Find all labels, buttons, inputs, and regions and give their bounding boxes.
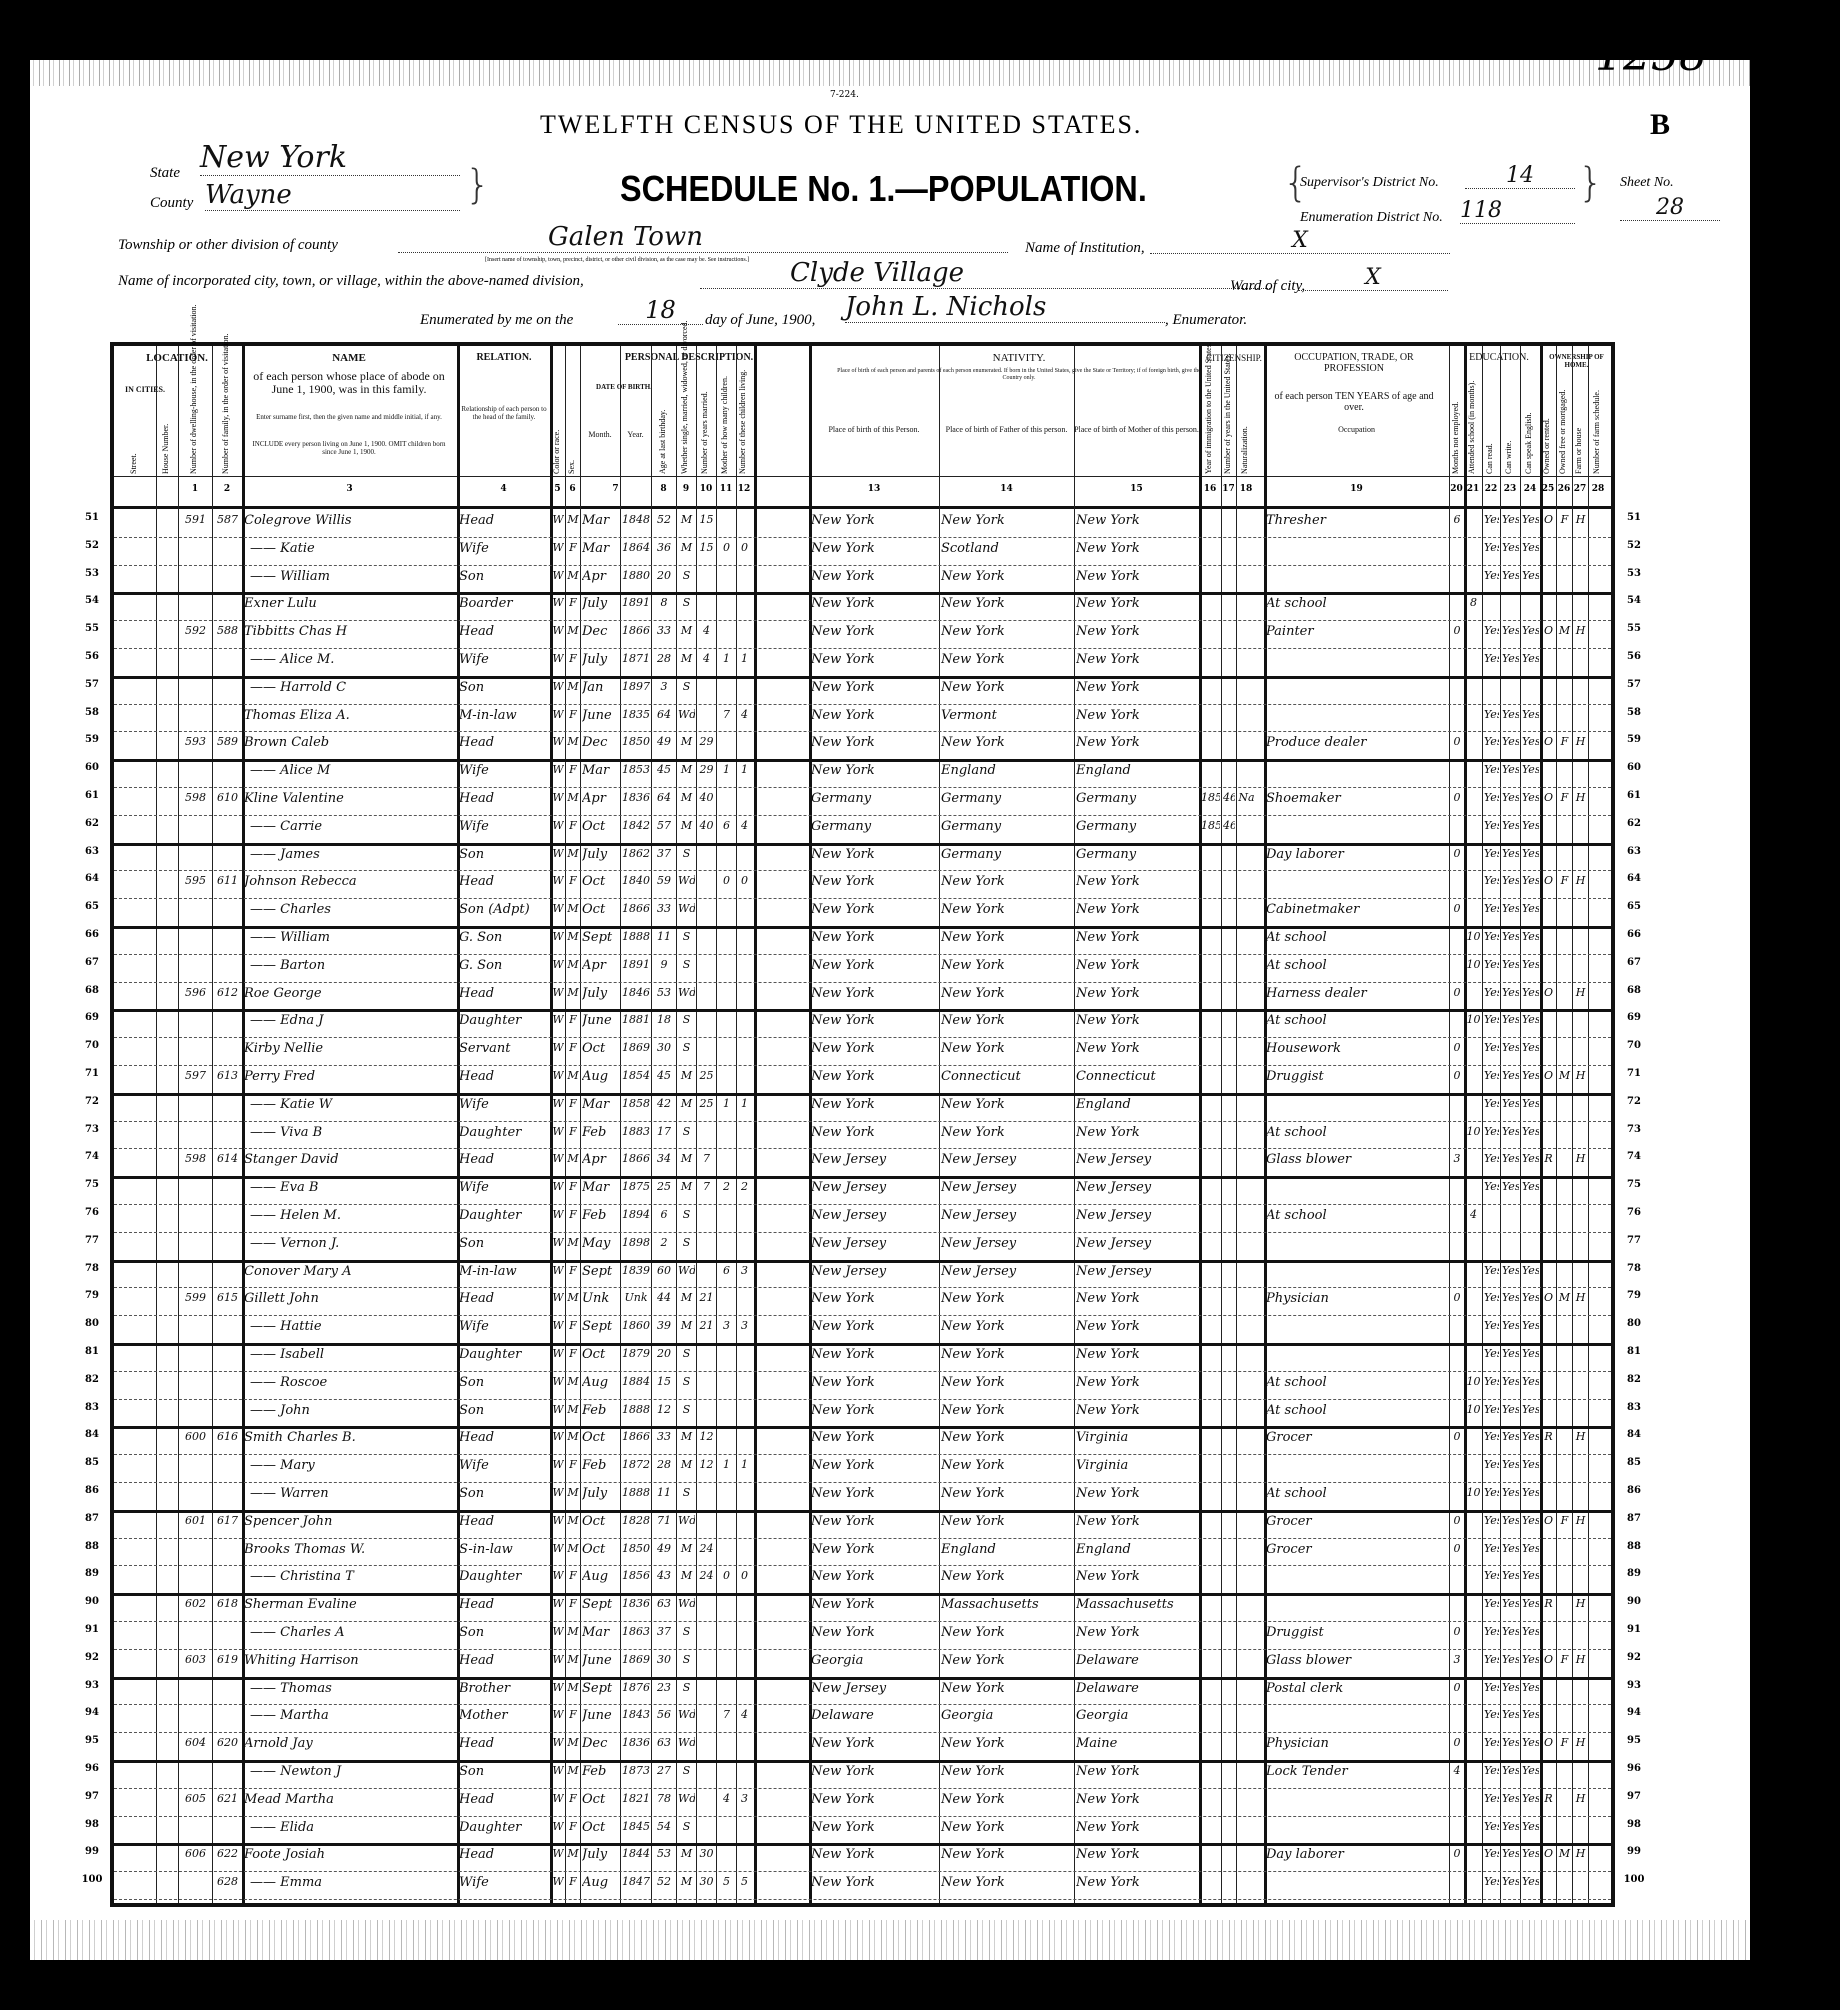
line-number: 92 <box>78 1652 106 1663</box>
cell-years-married: 4 <box>698 624 715 637</box>
column-header-year: Year. <box>620 431 651 440</box>
cell-can-read: Yes <box>1484 1597 1499 1610</box>
cell-year: 1872 <box>622 1458 650 1471</box>
cell-marital: M <box>678 1458 695 1471</box>
cell-name: —— Charles A <box>244 1625 462 1640</box>
cell-owned-rented: O <box>1542 1069 1555 1082</box>
cell-can-write: Yes <box>1502 1319 1519 1332</box>
column-header-dwelling: Number of dwelling-house, in the order o… <box>189 386 198 474</box>
cell-age: 20 <box>653 569 675 582</box>
cell-mother-of: 0 <box>718 1569 735 1582</box>
cell-color: W <box>552 1792 564 1805</box>
state-label: State <box>150 165 180 182</box>
cell-occupation: Postal clerk <box>1266 1681 1448 1696</box>
cell-age: 64 <box>653 791 675 804</box>
supervisor-label: Supervisor's District No. <box>1300 175 1439 191</box>
line-number: 88 <box>78 1541 106 1552</box>
cell-marital: M <box>678 791 695 804</box>
cell-year: 1836 <box>622 1597 650 1610</box>
cell-family: 613 <box>214 1069 241 1082</box>
cell-color: W <box>552 1597 564 1610</box>
cell-color: W <box>552 874 564 887</box>
cell-can-speak-english: Yes <box>1522 1180 1539 1193</box>
cell-owned-rented: O <box>1542 1847 1555 1860</box>
cell-father-birthplace: Scotland <box>941 541 1073 556</box>
cell-birthplace: New Jersey <box>811 1208 938 1223</box>
cell-sex: M <box>567 791 579 804</box>
cell-can-read: Yes <box>1484 1264 1499 1277</box>
cell-attended-school: 10 <box>1466 1013 1481 1026</box>
table-row: 595611Johnson RebeccaHeadWFOct184059Wd00… <box>114 870 1611 899</box>
cell-free-mortgaged: F <box>1558 513 1571 526</box>
cell-color: W <box>552 624 564 637</box>
cell-name: —— Vernon J. <box>244 1236 462 1251</box>
table-row: —— WilliamG. SonWMSept188811SNew YorkNew… <box>114 926 1611 955</box>
cell-can-speak-english: Yes <box>1522 708 1539 721</box>
cell-years-in-us: 46 <box>1223 791 1235 804</box>
line-number: 53 <box>78 568 106 579</box>
cell-name: —— Alice M. <box>244 652 462 667</box>
occupation-desc: of each person TEN YEARS of age and over… <box>1274 391 1434 413</box>
cell-year: 1894 <box>622 1208 650 1221</box>
cell-occupation: At school <box>1266 1375 1448 1390</box>
cell-name: Johnson Rebecca <box>244 874 456 889</box>
column-header-family: Number of family, in the order of visita… <box>221 386 230 474</box>
table-row: —— Helen M.DaughterWFFeb18946SNew Jersey… <box>114 1204 1611 1233</box>
cell-year: 1860 <box>622 1319 650 1332</box>
cell-name: —— William <box>244 930 462 945</box>
line-number: 98 <box>1620 1819 1648 1830</box>
cell-relation: Son <box>459 1403 549 1418</box>
cell-name: —— Viva B <box>244 1125 462 1140</box>
cell-can-write: Yes <box>1502 791 1519 804</box>
cell-year: 1879 <box>622 1347 650 1360</box>
cell-mother-birthplace: Germany <box>1076 791 1198 806</box>
cell-sex: F <box>567 708 579 721</box>
cell-name: —— Martha <box>244 1708 462 1723</box>
cell-father-birthplace: New Jersey <box>941 1180 1073 1195</box>
cell-sex: F <box>567 1597 579 1610</box>
group-ownership: OWNERSHIP OF HOME. <box>1539 354 1614 369</box>
cell-sex: M <box>567 624 579 637</box>
cell-father-birthplace: New York <box>941 902 1073 917</box>
cell-can-speak-english: Yes <box>1522 986 1539 999</box>
cell-relation: Son <box>459 1236 549 1251</box>
cell-mother-of: 7 <box>718 708 735 721</box>
cell-year: 1881 <box>622 1013 650 1026</box>
cell-name: —— Elida <box>244 1820 462 1835</box>
line-number: 91 <box>78 1624 106 1635</box>
column-header-color: Color or race. <box>552 386 561 474</box>
cell-relation: Servant <box>459 1041 549 1056</box>
cell-owned-rented: O <box>1542 1514 1555 1527</box>
cell-can-read: Yes <box>1484 1625 1499 1638</box>
cell-years-married: 25 <box>698 1097 715 1110</box>
cell-mother-birthplace: New York <box>1076 902 1198 917</box>
group-education: EDUCATION. <box>1454 352 1544 363</box>
cell-name: —— Katie W <box>244 1097 462 1112</box>
cell-farm-house: H <box>1574 1847 1587 1860</box>
cell-marital: M <box>678 1180 695 1193</box>
cell-mother-birthplace: New York <box>1076 986 1198 1001</box>
cell-age: 2 <box>653 1236 675 1249</box>
cell-year: 1866 <box>622 1152 650 1165</box>
cell-mother-birthplace: New Jersey <box>1076 1208 1198 1223</box>
cell-years-married: 7 <box>698 1180 715 1193</box>
cell-month: May <box>582 1236 619 1251</box>
cell-occupation: Grocer <box>1266 1514 1448 1529</box>
cell-marital: M <box>678 1430 695 1443</box>
name-note2: INCLUDE every person living on June 1, 1… <box>249 441 449 456</box>
cell-can-speak-english: Yes <box>1522 930 1539 943</box>
cell-birthplace: Germany <box>811 819 938 834</box>
cell-can-read: Yes <box>1484 513 1499 526</box>
table-row: Kirby NellieServantWFOct186930SNew YorkN… <box>114 1037 1611 1066</box>
cell-father-birthplace: New York <box>941 1653 1073 1668</box>
cell-months-unemployed: 0 <box>1451 1625 1463 1638</box>
cell-mother-birthplace: England <box>1076 763 1198 778</box>
cell-mother-birthplace: New York <box>1076 1847 1198 1862</box>
cell-birthplace: New York <box>811 1403 938 1418</box>
cell-can-write: Yes <box>1502 1291 1519 1304</box>
cell-months-unemployed: 0 <box>1451 1291 1463 1304</box>
cell-year: 1844 <box>622 1847 650 1860</box>
cell-mother-birthplace: New York <box>1076 1291 1198 1306</box>
table-row: 591587Colegrove WillisHeadWMMar184852M15… <box>114 509 1611 538</box>
cell-mother-birthplace: New Jersey <box>1076 1264 1198 1279</box>
corner-stamp-letter: B <box>1650 108 1670 142</box>
cell-marital: M <box>678 763 695 776</box>
table-row: —— Harrold CSonWMJan18973SNew YorkNew Yo… <box>114 676 1611 705</box>
cell-month: Oct <box>582 1347 619 1362</box>
cell-relation: Head <box>459 1597 549 1612</box>
cell-age: 9 <box>653 958 675 971</box>
cell-sex: M <box>567 1847 579 1860</box>
table-row: Thomas Eliza A.M-in-lawWFJune183564Wd74N… <box>114 704 1611 733</box>
cell-year: 1856 <box>622 1569 650 1582</box>
cell-marital: S <box>678 930 695 943</box>
cell-mother-birthplace: Connecticut <box>1076 1069 1198 1084</box>
cell-farm-house: H <box>1574 1597 1587 1610</box>
cell-occupation: Physician <box>1266 1291 1448 1306</box>
line-number: 80 <box>78 1318 106 1329</box>
column-number-25: 25 <box>1540 484 1556 494</box>
line-number: 53 <box>1620 568 1648 579</box>
cell-mother-birthplace: New York <box>1076 1347 1198 1362</box>
cell-children-living: 1 <box>738 1097 751 1110</box>
cell-can-speak-english: Yes <box>1522 1764 1539 1777</box>
cell-father-birthplace: New York <box>941 1820 1073 1835</box>
cell-color: W <box>552 1013 564 1026</box>
cell-can-speak-english: Yes <box>1522 819 1539 832</box>
table-row: —— JamesSonWMJuly186237SNew YorkGermanyG… <box>114 843 1611 872</box>
corner-stamp-number: 1258 <box>1595 30 1707 81</box>
cell-father-birthplace: New Jersey <box>941 1264 1073 1279</box>
cell-can-read: Yes <box>1484 1097 1499 1110</box>
cell-owned-rented: O <box>1542 1736 1555 1749</box>
column-number-24: 24 <box>1520 484 1540 494</box>
cell-mother-of: 0 <box>718 874 735 887</box>
cell-family: 617 <box>214 1514 241 1527</box>
cell-year: 1866 <box>622 624 650 637</box>
cell-year: 1850 <box>622 1542 650 1555</box>
cell-can-read: Yes <box>1484 1180 1499 1193</box>
cell-sex: M <box>567 680 579 693</box>
line-number: 89 <box>1620 1568 1648 1579</box>
cell-sex: M <box>567 1736 579 1749</box>
cell-year: 1873 <box>622 1764 650 1777</box>
line-number: 65 <box>78 901 106 912</box>
cell-age: 33 <box>653 624 675 637</box>
cell-dwelling: 599 <box>180 1291 211 1304</box>
cell-marital: S <box>678 569 695 582</box>
cell-year: 1888 <box>622 1403 650 1416</box>
cell-birthplace: New York <box>811 1597 938 1612</box>
cell-color: W <box>552 930 564 943</box>
cell-relation: Head <box>459 1069 549 1084</box>
cell-mother-of: 2 <box>718 1180 735 1193</box>
cell-father-birthplace: New York <box>941 1569 1073 1584</box>
cell-birthplace: Germany <box>811 791 938 806</box>
cell-dwelling: 601 <box>180 1514 211 1527</box>
column-number-9: 9 <box>676 484 696 494</box>
cell-father-birthplace: Germany <box>941 791 1073 806</box>
line-number: 64 <box>1620 873 1648 884</box>
cell-attended-school: 8 <box>1466 596 1481 609</box>
cell-age: 30 <box>653 1041 675 1054</box>
cell-owned-rented: O <box>1542 624 1555 637</box>
cell-father-birthplace: New York <box>941 1041 1073 1056</box>
table-row: —— IsabellDaughterWFOct187920SNew YorkNe… <box>114 1343 1611 1372</box>
column-header-birthplace: Place of birth of this Person. <box>809 426 939 435</box>
cell-father-birthplace: New York <box>941 596 1073 611</box>
cell-color: W <box>552 763 564 776</box>
line-number: 94 <box>1620 1707 1648 1718</box>
cell-can-speak-english: Yes <box>1522 624 1539 637</box>
cell-year: 1869 <box>622 1041 650 1054</box>
cell-sex: F <box>567 1097 579 1110</box>
cell-marital: M <box>678 1542 695 1555</box>
nativity-desc: Place of birth of each person and parent… <box>834 368 1204 381</box>
cell-father-birthplace: New York <box>941 1458 1073 1473</box>
cell-age: 36 <box>653 541 675 554</box>
cell-marital: S <box>678 1041 695 1054</box>
cell-month: July <box>582 1847 619 1862</box>
cell-mother-of: 1 <box>718 652 735 665</box>
cell-relation: Son <box>459 680 549 695</box>
column-header-house: House Number. <box>161 386 170 474</box>
cell-can-read: Yes <box>1484 1681 1499 1694</box>
cell-mother-birthplace: New York <box>1076 874 1198 889</box>
cell-color: W <box>552 735 564 748</box>
cell-color: W <box>552 1180 564 1193</box>
line-number: 55 <box>78 623 106 634</box>
cell-family: 620 <box>214 1736 241 1749</box>
cell-father-birthplace: New York <box>941 1875 1073 1890</box>
cell-father-birthplace: New York <box>941 1625 1073 1640</box>
cell-can-speak-english: Yes <box>1522 1708 1539 1721</box>
cell-sex: M <box>567 513 579 526</box>
cell-birthplace: New York <box>811 1764 938 1779</box>
cell-farm-house: H <box>1574 1653 1587 1666</box>
cell-occupation: At school <box>1266 1403 1448 1418</box>
cell-relation: Mother <box>459 1708 549 1723</box>
cell-years-married: 29 <box>698 735 715 748</box>
cell-mother-birthplace: New Jersey <box>1076 1152 1198 1167</box>
cell-occupation: Druggist <box>1266 1069 1448 1084</box>
cell-months-unemployed: 0 <box>1451 1430 1463 1443</box>
cell-year: 1843 <box>622 1708 650 1721</box>
cell-dwelling: 593 <box>180 735 211 748</box>
cell-occupation: Lock Tender <box>1266 1764 1448 1779</box>
cell-age: 56 <box>653 1708 675 1721</box>
line-number: 84 <box>1620 1429 1648 1440</box>
cell-father-birthplace: New York <box>941 569 1073 584</box>
cell-family: 589 <box>214 735 241 748</box>
cell-color: W <box>552 1319 564 1332</box>
cell-mother-birthplace: New York <box>1076 513 1198 528</box>
cell-can-write: Yes <box>1502 1097 1519 1110</box>
table-row: —— Alice M.WifeWFJuly187128M411New YorkN… <box>114 648 1611 679</box>
cell-marital: S <box>678 1653 695 1666</box>
line-number: 96 <box>78 1763 106 1774</box>
cell-sex: M <box>567 1486 579 1499</box>
line-number: 77 <box>1620 1235 1648 1246</box>
column-header-month: Month. <box>580 431 620 440</box>
column-header-free-mortgaged: Owned free or mortgaged. <box>1558 386 1567 474</box>
relation-desc: Relationship of each person to the head … <box>459 406 549 421</box>
cell-mother-birthplace: New York <box>1076 1486 1198 1501</box>
cell-can-write: Yes <box>1502 1792 1519 1805</box>
cell-year: 1853 <box>622 763 650 776</box>
column-header-mother-of: Mother of how many children. <box>720 386 729 474</box>
cell-month: Oct <box>582 819 619 834</box>
cell-age: 45 <box>653 1069 675 1082</box>
cell-mother-birthplace: New York <box>1076 569 1198 584</box>
cell-birthplace: New York <box>811 763 938 778</box>
line-number: 65 <box>1620 901 1648 912</box>
cell-occupation: Glass blower <box>1266 1152 1448 1167</box>
cell-color: W <box>552 1458 564 1471</box>
cell-years-married: 15 <box>698 513 715 526</box>
cell-can-write: Yes <box>1502 1430 1519 1443</box>
cell-can-read: Yes <box>1484 735 1499 748</box>
column-number-21: 21 <box>1464 484 1482 494</box>
cell-can-write: Yes <box>1502 708 1519 721</box>
cell-month: Oct <box>582 1041 619 1056</box>
line-number: 81 <box>78 1346 106 1357</box>
line-number: 82 <box>1620 1374 1648 1385</box>
cell-month: Aug <box>582 1569 619 1584</box>
line-number: 64 <box>78 873 106 884</box>
cell-can-write: Yes <box>1502 652 1519 665</box>
cell-can-read: Yes <box>1484 1458 1499 1471</box>
cell-free-mortgaged: M <box>1558 1847 1571 1860</box>
cell-children-living: 0 <box>738 874 751 887</box>
cell-year: 1842 <box>622 819 650 832</box>
cell-can-speak-english: Yes <box>1522 1430 1539 1443</box>
cell-year: 1866 <box>622 902 650 915</box>
line-number: 100 <box>1620 1874 1648 1885</box>
column-header-attended-school: Attended school (in months). <box>1467 386 1476 474</box>
cell-year: 1836 <box>622 1736 650 1749</box>
cell-year: 1871 <box>622 652 650 665</box>
cell-year: 1862 <box>622 847 650 860</box>
cell-free-mortgaged: M <box>1558 1069 1571 1082</box>
cell-free-mortgaged: F <box>1558 874 1571 887</box>
cell-color: W <box>552 986 564 999</box>
cell-relation: Daughter <box>459 1347 549 1362</box>
table-row: —— Katie WWifeWFMar185842M2511New YorkNe… <box>114 1093 1611 1122</box>
table-row: 601617Spencer JohnHeadWMOct182871WdNew Y… <box>114 1510 1611 1539</box>
cell-marital: S <box>678 1347 695 1360</box>
line-number: 74 <box>78 1151 106 1162</box>
cell-can-speak-english: Yes <box>1522 958 1539 971</box>
column-number-20: 20 <box>1449 484 1464 494</box>
cell-can-read: Yes <box>1484 763 1499 776</box>
cell-can-speak-english: Yes <box>1522 1625 1539 1638</box>
line-number: 51 <box>1620 512 1648 523</box>
line-number: 52 <box>1620 540 1648 551</box>
column-number-7: 7 <box>580 484 651 494</box>
cell-free-mortgaged: F <box>1558 1736 1571 1749</box>
cell-birthplace: New York <box>811 1291 938 1306</box>
incorporated-value: Clyde Village <box>700 258 1270 289</box>
cell-relation: Head <box>459 1291 549 1306</box>
cell-father-birthplace: New Jersey <box>941 1152 1073 1167</box>
cell-owned-rented: O <box>1542 1653 1555 1666</box>
cell-father-birthplace: Germany <box>941 847 1073 862</box>
cell-mother-of: 6 <box>718 1264 735 1277</box>
cell-year: 1866 <box>622 1430 650 1443</box>
cell-mother-birthplace: New York <box>1076 1792 1198 1807</box>
column-header-immigration: Year of immigration to the United States… <box>1204 386 1213 474</box>
cell-mother-birthplace: England <box>1076 1097 1198 1112</box>
cell-birthplace: New York <box>811 958 938 973</box>
cell-name: —— Hattie <box>244 1319 462 1334</box>
cell-family: 610 <box>214 791 241 804</box>
group-personal: PERSONAL DESCRIPTION. <box>554 352 824 363</box>
cell-can-read: Yes <box>1484 1764 1499 1777</box>
cell-name: Thomas Eliza A. <box>244 708 456 723</box>
cell-dwelling: 603 <box>180 1653 211 1666</box>
cell-month: Oct <box>582 874 619 889</box>
line-number: 89 <box>78 1568 106 1579</box>
column-number-2: 2 <box>212 484 242 494</box>
cell-sex: F <box>567 1820 579 1833</box>
line-number: 67 <box>1620 957 1648 968</box>
cell-attended-school: 10 <box>1466 1125 1481 1138</box>
cell-age: 15 <box>653 1375 675 1388</box>
column-header-children-living: Number of these children living. <box>738 386 747 474</box>
cell-month: Oct <box>582 1514 619 1529</box>
cell-sex: M <box>567 1375 579 1388</box>
cell-birthplace: New York <box>811 1514 938 1529</box>
cell-sex: F <box>567 1875 579 1888</box>
column-header-months-unemployed: Months not employed. <box>1451 386 1460 474</box>
cell-can-speak-english: Yes <box>1522 1458 1539 1471</box>
table-row: —— RoscoeSonWMAug188415SNew YorkNew York… <box>114 1371 1611 1400</box>
cell-name: Roe George <box>244 986 456 1001</box>
cell-dwelling: 606 <box>180 1847 211 1860</box>
cell-dwelling: 605 <box>180 1792 211 1805</box>
cell-father-birthplace: New York <box>941 1736 1073 1751</box>
cell-owned-rented: O <box>1542 1291 1555 1304</box>
cell-marital: M <box>678 541 695 554</box>
cell-marital: Wd <box>678 1792 695 1805</box>
cell-months-unemployed: 0 <box>1451 735 1463 748</box>
cell-year: 1847 <box>622 1875 650 1888</box>
